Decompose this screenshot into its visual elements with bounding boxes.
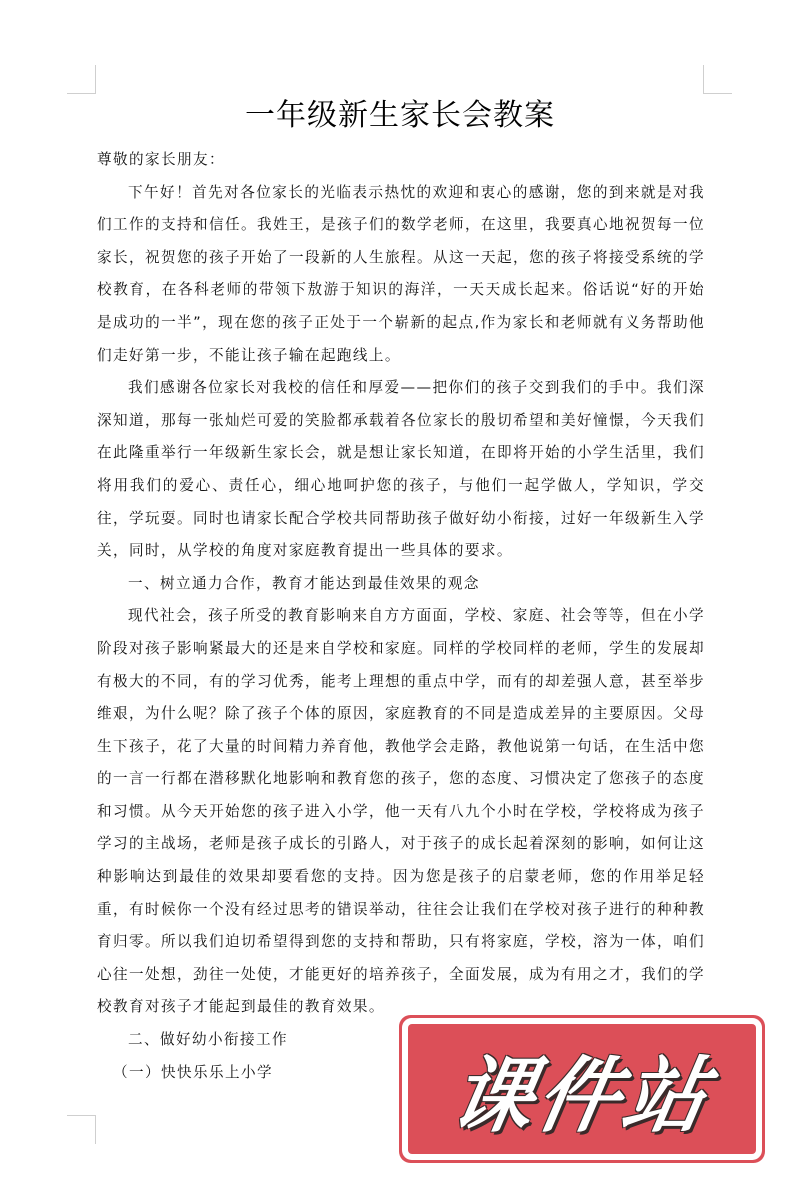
page-corner-mark-top-left (67, 65, 96, 94)
document-body: 尊敬的家长朋友： 下午好！首先对各位家长的光临表示热忱的欢迎和衷心的感谢，您的到… (97, 144, 705, 1089)
paragraph-thanks: 我们感谢各位家长对我校的信任和厚爱——把你们的孩子交到我们的手中。我们深深知道，… (97, 372, 705, 568)
watermark-text: 课件站 (443, 1031, 722, 1148)
watermark-stamp: 课件站 (408, 1024, 756, 1154)
section-heading-1: 一、树立通力合作，教育才能达到最佳效果的观念 (97, 568, 705, 601)
salutation: 尊敬的家长朋友： (97, 144, 705, 177)
page-corner-mark-top-right (703, 65, 732, 94)
page-corner-mark-bottom-left (67, 1115, 96, 1144)
paragraph-greeting: 下午好！首先对各位家长的光临表示热忱的欢迎和衷心的感谢，您的到来就是对我们工作的… (97, 177, 705, 373)
paragraph-section-1: 现代社会，孩子所受的教育影响来自方方面面，学校、家庭、社会等等，但在小学阶段对孩… (97, 600, 705, 1024)
document-title: 一年级新生家长会教案 (0, 96, 800, 136)
